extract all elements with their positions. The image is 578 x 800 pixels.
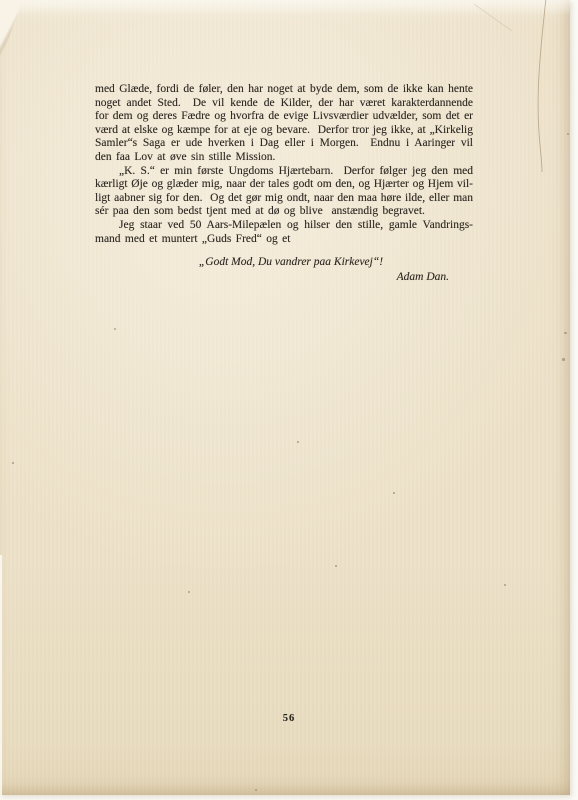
paper-speck — [562, 358, 565, 361]
paper-speck — [297, 441, 299, 443]
body-line: Samler“s Saga er ude hverken i Dag eller… — [95, 137, 473, 151]
paper-speck — [393, 492, 395, 494]
body-line: „K. S.“ er min første Ungdoms Hjærtebarn… — [95, 165, 473, 179]
body-line: den faa Lov at øve sin stille Mission. — [95, 151, 473, 165]
body-line: for dem og deres Fædre og hvorfra de evi… — [95, 110, 473, 124]
paper-speck — [335, 565, 337, 567]
body-line: noget andet Sted. De vil kende de Kilder… — [95, 97, 473, 111]
paper-speck — [504, 584, 506, 586]
body-line: værd at elske og kæmpe for at eje og bev… — [95, 124, 473, 138]
paper-speck — [567, 133, 569, 135]
paper-speck — [255, 789, 257, 791]
author-signature: Adam Dan. — [95, 271, 473, 285]
body-line: ligt aabner sig for den. Og det gør mig … — [95, 192, 473, 206]
page-number: 56 — [95, 712, 478, 726]
body-line: sér paa den som bedst tjent med at dø og… — [95, 205, 473, 219]
page-text-block: med Glæde, fordi de føler, den har noget… — [95, 83, 473, 284]
scan-background: med Glæde, fordi de føler, den har noget… — [0, 0, 578, 800]
paper-speck — [114, 328, 116, 330]
body-line: med Glæde, fordi de føler, den har noget… — [95, 83, 473, 97]
book-page: med Glæde, fordi de føler, den har noget… — [0, 0, 570, 795]
body-line: Jeg staar ved 50 Aars-Milepælen og hilse… — [95, 219, 473, 233]
paper-speck — [188, 591, 190, 593]
paper-speck — [12, 462, 14, 464]
body-line: kærligt Øje og glæder mig, naar der tale… — [95, 178, 473, 192]
closing-quote: „Godt Mod, Du vandrer paa Kirkevej“! — [95, 256, 473, 270]
body-line: mand med et muntert „Guds Fred“ og et — [95, 233, 473, 247]
paper-speck — [564, 332, 567, 334]
